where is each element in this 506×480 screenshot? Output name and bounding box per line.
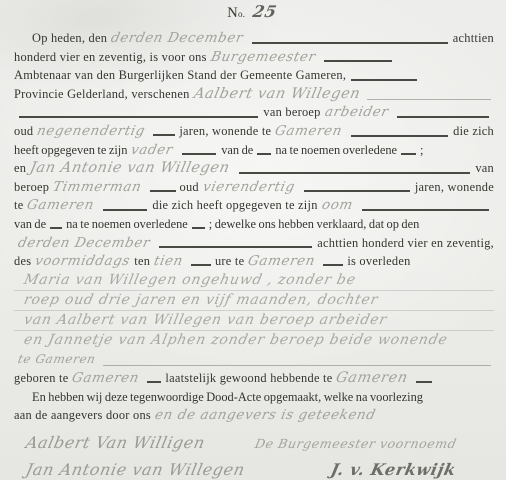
handwritten-text: Maria van Willegen ongehuwd , zonder be <box>18 271 362 290</box>
dash-rule <box>323 264 343 266</box>
line-slotformule-1: En hebben wij deze tegenwoordige Dood-Ac… <box>14 388 494 407</box>
fill-rule <box>159 246 312 248</box>
handwritten-text: voormiddags <box>29 252 136 271</box>
handwritten-text: vierendertig <box>197 178 301 197</box>
line-te-gameren-oom: teGamerendie zich heeft opgegeven te zij… <box>14 196 494 215</box>
line-slotformule-2: aan de aangevers door onsen de aangevers… <box>14 406 494 425</box>
act-number-line: No.25 <box>14 3 494 29</box>
handwritten-text: Aalbert Van Willigen <box>20 434 211 453</box>
handwritten-text: derden December <box>12 234 156 253</box>
handwritten-text: arbeider <box>319 103 394 122</box>
handwritten-text: negenendertig <box>31 122 151 141</box>
fill-rule <box>182 153 216 155</box>
handwritten-text: Burgemeester <box>205 48 321 67</box>
printed-text: achttien <box>453 29 494 48</box>
fill-rule <box>324 60 392 62</box>
hw-overledene-4: en Jannetje van Alphen zonder beroep bei… <box>14 331 494 350</box>
handwritten-text: Jan Antonie van Willegen <box>24 159 235 178</box>
handwritten-text: Gameren <box>269 122 348 141</box>
line-beroep-timmerman: beroepTimmermanoudvierendertigjaren, won… <box>14 178 494 197</box>
line-van-beroep: van beroeparbeider <box>14 103 494 122</box>
line-honderd: honderd vier en zeventig, is voor onsBur… <box>14 48 494 67</box>
document-body: No.25Op heden, denderden Decemberachttie… <box>0 0 506 480</box>
handwritten-text: en Jannetje van Alphen zonder beroep bei… <box>18 331 454 350</box>
dash-rule <box>150 190 176 192</box>
fill-rule <box>252 42 448 44</box>
printed-text: die zich <box>453 122 494 141</box>
line-provincie: Provincie Gelderland, verschenenAalbert … <box>14 85 494 104</box>
fill-rule <box>351 135 448 137</box>
dash-rule <box>257 153 271 155</box>
printed-text: N <box>227 4 238 23</box>
printed-text: ure te <box>215 252 244 271</box>
printed-text: ; dewelke ons hebben verklaard, dat op d… <box>209 215 420 234</box>
signature-row-1: Aalbert Van WilligenDe Burgemeester voor… <box>14 434 494 461</box>
fill-rule <box>362 209 490 211</box>
line-uur-plaats: desvoormiddagstentienure teGamerenis ove… <box>14 252 494 271</box>
dash-rule <box>153 134 175 136</box>
hw-overledene-3: van Aalbert van Willegen van beroep arbe… <box>14 311 494 331</box>
handwritten-text: Gameren <box>21 196 100 215</box>
dash-rule <box>50 227 62 229</box>
fill-rule <box>19 116 258 118</box>
fill-rule <box>351 79 417 81</box>
dash-rule <box>416 381 432 383</box>
printed-text: na te noemen overledene <box>275 141 397 160</box>
printed-text: van <box>475 159 494 178</box>
printed-text: Op heden, den <box>32 29 107 48</box>
line-dewelke-verklaard: van dena te noemen overledene; dewelke o… <box>14 215 494 234</box>
printed-text: Provincie Gelderland, verschenen <box>14 85 190 104</box>
fill-rule <box>397 116 489 118</box>
handwritten-text: Timmerman <box>47 178 147 197</box>
handwritten-text: roep oud drie jaren en vijf maanden, doc… <box>18 291 384 310</box>
fill-rule <box>239 172 471 174</box>
printed-text: beroep <box>14 178 49 197</box>
printed-text: En hebben wij deze tegenwoordige Dood-Ac… <box>32 388 423 407</box>
printed-text: jaren, wonende te <box>179 122 271 141</box>
line-heeft-opgegeven-vader: heeft opgegeven te zijnvadervan dena te … <box>14 141 494 160</box>
death-certificate-scan: No.25Op heden, denderden Decemberachttie… <box>0 0 506 480</box>
line-geboren-te: geboren teGamerenlaatstelijk gewoond heb… <box>14 369 494 388</box>
hw-overledene-2: roep oud drie jaren en vijf maanden, doc… <box>14 291 494 311</box>
handwritten-text: De Burgemeester voornoemd <box>249 435 462 454</box>
line-oud-vader: oudnegenendertigjaren, wonende teGameren… <box>14 122 494 141</box>
printed-text: honderd vier en zeventig, is voor ons <box>14 48 207 67</box>
dash-rule <box>192 227 205 229</box>
handwritten-text: te Gameren <box>12 350 101 369</box>
handwritten-text: J. v. Kerkwijk <box>325 461 462 480</box>
handwritten-text: 25 <box>243 3 282 22</box>
printed-text: laatstelijk gewoond hebbende te <box>165 369 332 388</box>
printed-text: ; <box>420 141 423 160</box>
handwritten-text: Gameren <box>331 369 415 388</box>
line-overlijdensdatum: derden Decemberachttien honderd vier en … <box>14 234 494 253</box>
hw-overledene-1: Maria van Willegen ongehuwd , zonder be <box>14 271 494 291</box>
handwritten-text: en de aangevers is geteekend <box>149 406 381 425</box>
printed-text: van beroep <box>263 103 320 122</box>
printed-text: van de <box>221 141 253 160</box>
printed-text: geboren te <box>14 369 68 388</box>
signature-row-2: Jan Antonie van WillegenJ. v. Kerkwijk <box>14 461 494 480</box>
fill-rule <box>103 209 147 211</box>
line-op-heden: Op heden, denderden Decemberachttien <box>14 29 494 48</box>
printed-text: is overleden <box>347 252 410 271</box>
handwritten-text: Gameren <box>242 252 321 271</box>
printed-text: achttien honderd vier en zeventig, <box>317 234 494 253</box>
handwritten-text: Gameren <box>66 369 145 388</box>
handwritten-text: oom <box>316 196 359 215</box>
printed-text: van de <box>14 215 46 234</box>
line-ambtenaar: Ambtenaar van den Burgerlijken Stand der… <box>14 66 494 85</box>
fill-rule <box>304 190 410 192</box>
dash-rule <box>147 381 161 383</box>
line-en-tweede-aangever: enJan Antonie van Willegenvan <box>14 159 494 178</box>
printed-text: Ambtenaar van den Burgerlijken Stand der… <box>14 66 346 85</box>
dash-rule <box>401 153 416 155</box>
printed-text: na te noemen overledene <box>66 215 188 234</box>
handwritten-text: van Aalbert van Willegen van beroep arbe… <box>18 311 393 330</box>
faint-rule <box>103 365 491 366</box>
printed-text: heeft opgegeven te zijn <box>14 141 127 160</box>
printed-text: jaren, wonende <box>415 178 494 197</box>
handwritten-text: tien <box>148 252 189 271</box>
handwritten-text: Jan Antonie van Willegen <box>20 461 251 480</box>
handwritten-text: derden December <box>105 29 249 48</box>
handwritten-text: Aalbert van Willegen <box>188 85 366 104</box>
faint-rule <box>367 99 491 100</box>
printed-text: oud <box>180 178 199 197</box>
dash-rule <box>191 264 211 266</box>
hw-overledene-5: te Gameren <box>14 350 494 369</box>
printed-text: die zich heeft opgegeven te zijn <box>152 196 317 215</box>
handwritten-text: vader <box>125 141 179 160</box>
printed-text: aan de aangevers door ons <box>14 406 151 425</box>
